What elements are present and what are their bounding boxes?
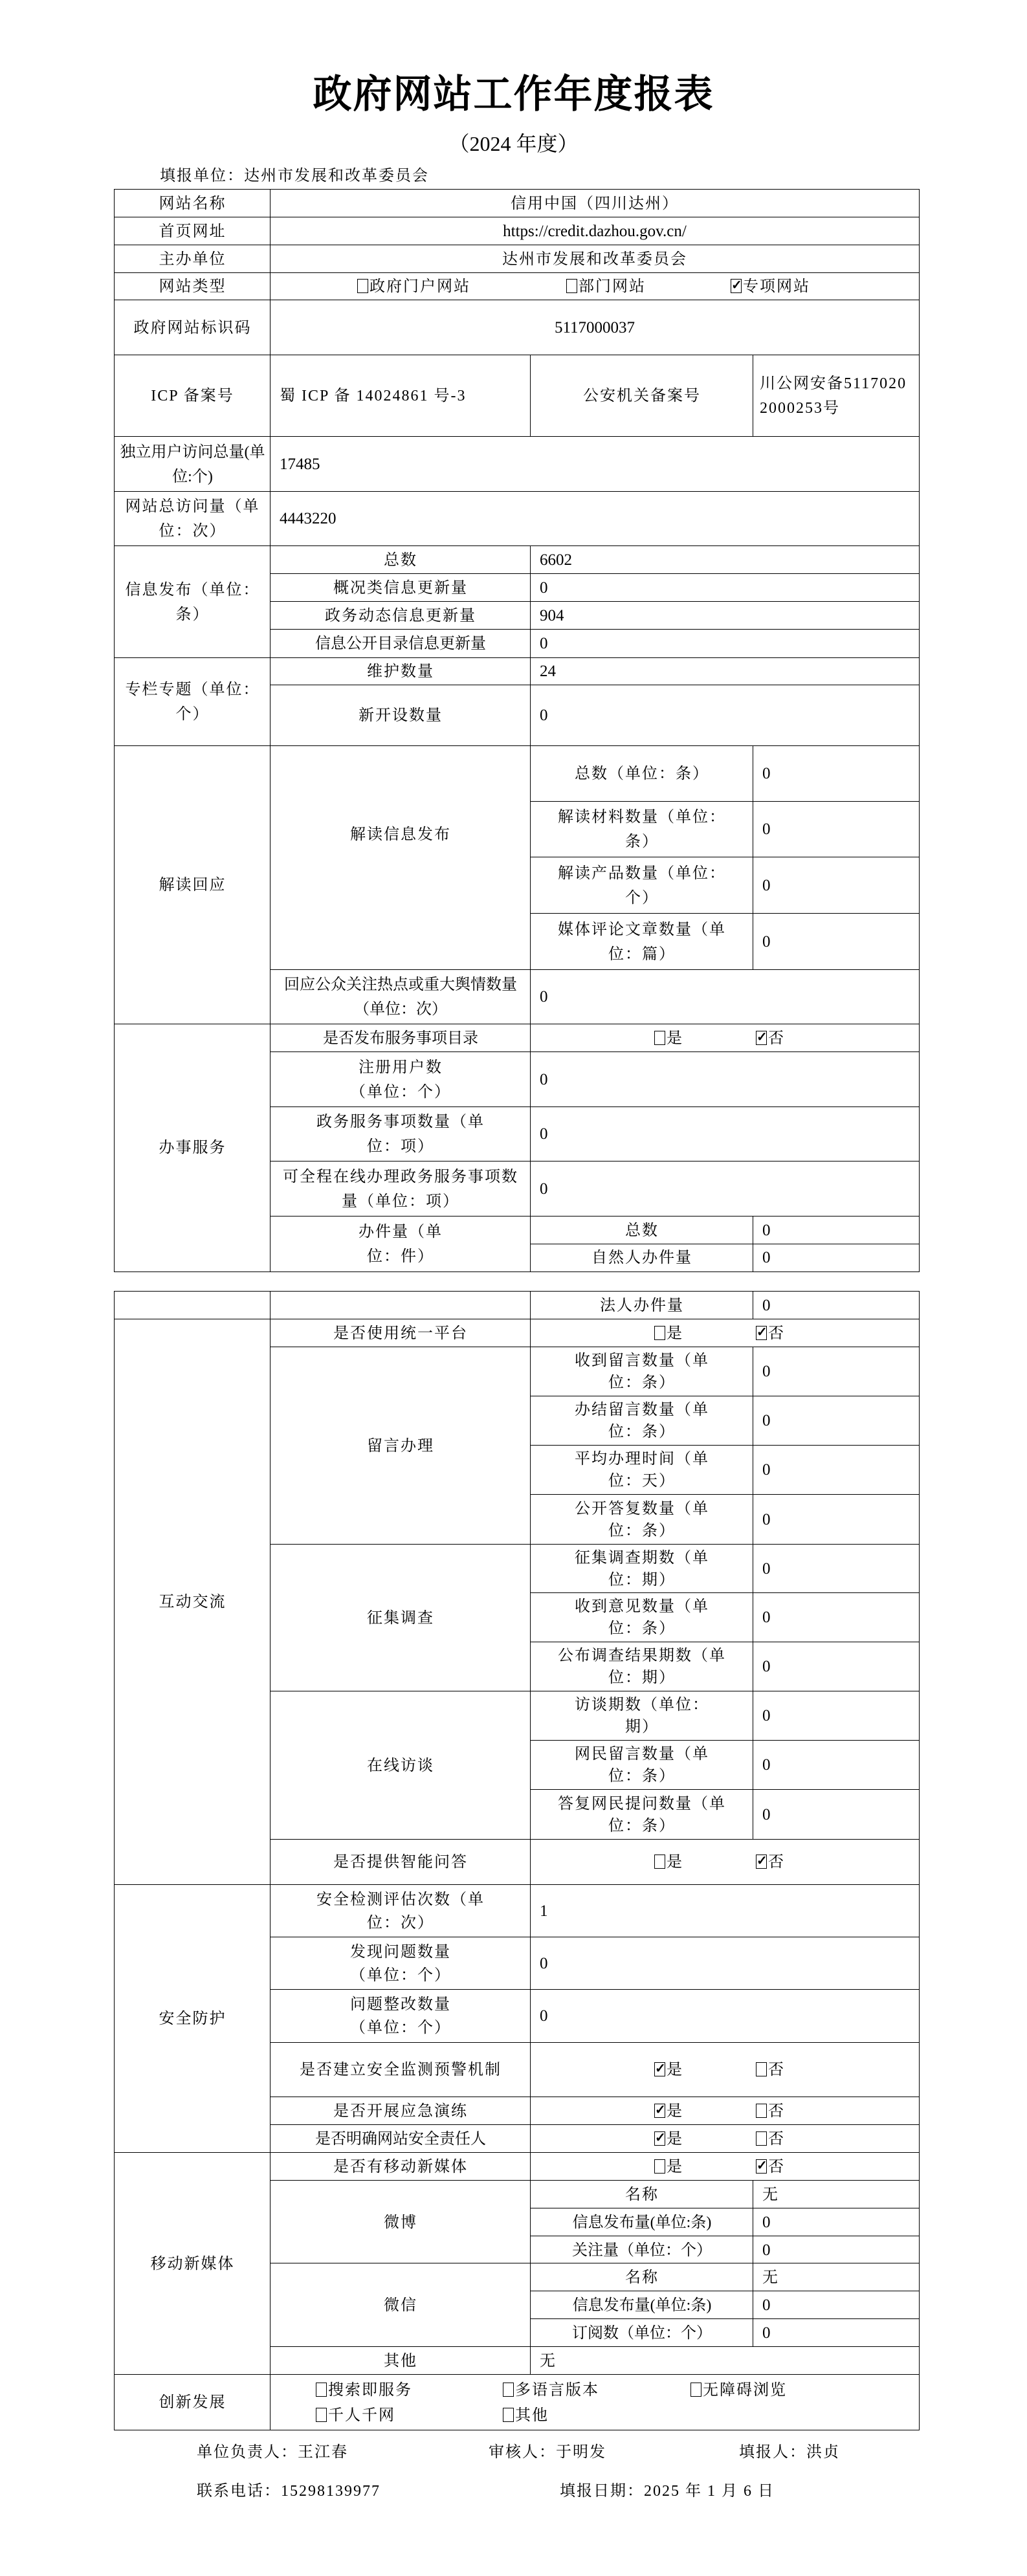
interaction-unified-no[interactable]: 否 — [756, 1321, 785, 1346]
services-items-label: 政务服务事项数量（单位：项） — [270, 1106, 531, 1162]
info-publish-row-label: 总数 — [270, 545, 531, 575]
interaction-survey-row-label: 收到意见数量（单位：条） — [530, 1592, 754, 1643]
services-catalog-yes[interactable]: 是 — [654, 1026, 683, 1051]
value-text: 0 — [762, 1655, 771, 1679]
checkbox-checked-icon[interactable] — [654, 2131, 665, 2146]
interaction-qa-yes[interactable]: 是 — [654, 1850, 683, 1875]
interaction-qa-no[interactable]: 否 — [756, 1850, 785, 1875]
label-text: 订阅数（单位：个） — [572, 2321, 712, 2346]
option-label: 其他 — [515, 2407, 549, 2424]
homepage-value[interactable]: https://credit.dazhou.gov.cn/ — [270, 217, 920, 246]
info-publish-row-label: 信息公开目录信息更新量 — [270, 629, 531, 659]
security-row-value: 0 — [530, 1989, 920, 2043]
security-row-label: 发现问题数量（单位：个） — [270, 1937, 531, 1990]
value-text: 0 — [762, 1704, 771, 1728]
innovation-option-other[interactable]: 其他 — [503, 2403, 549, 2428]
checkbox-checked-icon[interactable] — [756, 1031, 767, 1045]
value-text: 0 — [762, 1508, 771, 1532]
value-text: 0 — [762, 2321, 771, 2346]
checkbox-checked-icon[interactable] — [654, 2062, 665, 2076]
label-text: 是否开展应急演练 — [333, 2099, 468, 2124]
interpretation-row-label: 媒体评论文章数量（单位：篇） — [530, 913, 754, 971]
empty-cell — [270, 1291, 531, 1320]
value-text: 0 — [540, 576, 548, 600]
value-text: 6602 — [540, 548, 572, 573]
value-text: 4443220 — [280, 507, 337, 531]
label-text: 收到留言数量（单位：条） — [569, 1350, 714, 1394]
checkbox-unchecked-icon[interactable] — [756, 2131, 767, 2146]
security-row-label: 问题整改数量（单位：个） — [270, 1989, 531, 2043]
label-text: 信息发布（单位：条） — [118, 578, 267, 627]
interaction-survey-row-value: 0 — [753, 1592, 920, 1643]
label-text: 自然人办件量 — [591, 1246, 692, 1270]
total-visits-label: 网站总访问量（单位：次） — [114, 491, 271, 547]
mobile-has-no[interactable]: 否 — [756, 2155, 785, 2179]
checkbox-unchecked-icon[interactable] — [756, 2104, 767, 2118]
value-text: 0 — [762, 1218, 771, 1243]
label-text: 公开答复数量（单位：条） — [569, 1498, 714, 1542]
services-label: 办事服务 — [114, 1024, 271, 1272]
option-label: 否 — [768, 2159, 785, 2175]
services-handled-row-value: 0 — [753, 1244, 920, 1272]
option-label: 专项网站 — [743, 278, 810, 295]
option-label: 是 — [667, 1325, 683, 1342]
label-text: 发现问题数量（单位：个） — [335, 1941, 466, 1987]
innovation-option-multilingual[interactable]: 多语言版本 — [503, 2378, 599, 2403]
mobile-has-yes[interactable]: 是 — [654, 2155, 683, 2179]
mobile-wechat-row-value: 0 — [753, 2318, 920, 2348]
mobile-wechat-row-label: 信息发布量(单位:条) — [530, 2291, 754, 2320]
services-handled-row-value: 0 — [753, 1291, 920, 1320]
empty-cell — [114, 1291, 271, 1320]
value-text: 0 — [762, 1409, 771, 1433]
info-publish-row-value: 904 — [530, 601, 920, 630]
homepage-label: 首页网址 — [114, 217, 271, 246]
label-text: 网站总访问量（单位：次） — [118, 494, 267, 544]
option-label: 否 — [768, 1854, 785, 1871]
label-text: 解读材料数量（单位：条） — [557, 805, 727, 854]
value-text: 0 — [762, 1753, 771, 1778]
interaction-message-row-value: 0 — [753, 1347, 920, 1397]
icp-label: ICP 备案号 — [114, 355, 271, 437]
checkbox-checked-icon[interactable] — [654, 2104, 665, 2118]
security-row-value: 0 — [530, 1937, 920, 1990]
checkbox-checked-icon[interactable] — [731, 279, 742, 293]
mobile-wechat-row-value: 无 — [753, 2263, 920, 2292]
footer-filler: 填报人：洪贞 — [739, 2442, 840, 2463]
option-label: 是 — [667, 1854, 683, 1871]
site-type-options: 政府门户网站 部门网站 专项网站 — [270, 272, 920, 301]
interaction-survey-row-label: 公布调查结果期数（单位：期） — [530, 1642, 754, 1692]
value-text: 0 — [762, 2293, 771, 2318]
label-text: 媒体评论文章数量（单位：篇） — [545, 918, 739, 967]
security-label: 安全防护 — [114, 1884, 271, 2153]
interaction-survey-label: 征集调查 — [270, 1544, 531, 1692]
checkbox-unchecked-icon[interactable] — [756, 2062, 767, 2076]
value-text: 5117000037 — [555, 316, 635, 340]
security-monitoring-yes[interactable]: 是 — [654, 2058, 683, 2082]
option-label: 是 — [667, 1030, 683, 1047]
value-text: 0 — [762, 1458, 771, 1482]
label-text: 概况类信息更新量 — [333, 576, 468, 600]
info-publish-row-value: 6602 — [530, 545, 920, 575]
services-catalog-no[interactable]: 否 — [756, 1026, 785, 1051]
sponsor-label: 主办单位 — [114, 245, 271, 274]
mobile-weibo-row-label: 名称 — [530, 2180, 754, 2209]
value-text: 信用中国（四川达州） — [511, 192, 679, 216]
interaction-qa-label: 是否提供智能问答 — [270, 1839, 531, 1886]
footer-phone: 联系电话：15298139977 — [197, 2481, 381, 2502]
label-text: 安全防护 — [159, 2007, 226, 2031]
label-text: 首页网址 — [159, 219, 226, 244]
value-text: 0 — [762, 2210, 771, 2235]
option-label: 是 — [667, 2103, 683, 2120]
value-text: 0 — [540, 1952, 548, 1976]
mobile-has-options: 是 否 — [530, 2152, 920, 2181]
interaction-survey-row-label: 征集调查期数（单位：期） — [530, 1544, 754, 1594]
columns-label: 专栏专题（单位：个） — [114, 657, 271, 747]
label-text: 专栏专题（单位：个） — [118, 677, 267, 727]
security-owner-no[interactable]: 否 — [756, 2127, 785, 2152]
checkbox-unchecked-icon[interactable] — [654, 1855, 665, 1869]
security-check-label: 是否建立安全监测预警机制 — [270, 2042, 531, 2098]
value-text: 无 — [762, 2265, 779, 2290]
value-text: 0 — [540, 985, 548, 1009]
services-handled-row-label: 法人办件量 — [530, 1291, 754, 1320]
option-label: 是 — [667, 2159, 683, 2175]
label-text: 网站名称 — [159, 192, 226, 216]
interpretation-response-label: 回应公众关注热点或重大舆情数量（单位：次） — [270, 969, 531, 1025]
option-label: 搜索即服务 — [328, 2382, 412, 2399]
interaction-message-row-value: 0 — [753, 1445, 920, 1495]
id-code-value: 5117000037 — [270, 300, 920, 356]
checkbox-checked-icon[interactable] — [756, 2159, 767, 2174]
label-text: 是否提供智能问答 — [333, 1850, 468, 1875]
security-monitoring-no[interactable]: 否 — [756, 2058, 785, 2082]
option-label: 是 — [667, 2062, 683, 2078]
label-text: 其他 — [384, 2349, 417, 2373]
checkbox-unchecked-icon[interactable] — [357, 279, 368, 293]
site-type-option-department[interactable]: 部门网站 — [566, 274, 646, 299]
label-text: 回应公众关注热点或重大舆情数量（单位：次） — [278, 973, 523, 1022]
label-text: 收到意见数量（单位：条） — [569, 1596, 714, 1640]
label-text: 网民留言数量（单位：条） — [569, 1743, 714, 1787]
interaction-survey-row-value: 0 — [753, 1544, 920, 1594]
value-text: 无 — [540, 2349, 557, 2373]
checkbox-unchecked-icon[interactable] — [316, 2408, 327, 2422]
interaction-unified-label: 是否使用统一平台 — [270, 1319, 531, 1348]
unique-visitors-label: 独立用户访问总量(单位:个) — [114, 436, 271, 492]
info-publish-row-value: 0 — [530, 629, 920, 659]
option-label: 是 — [667, 2131, 683, 2148]
label-text: 是否明确网站安全责任人 — [315, 2127, 486, 2152]
value-text: 0 — [540, 1068, 548, 1092]
mobile-label: 移动新媒体 — [114, 2152, 271, 2375]
checkbox-checked-icon[interactable] — [756, 1326, 767, 1340]
value-text: 0 — [762, 874, 771, 898]
label-text: 微博 — [384, 2210, 417, 2235]
id-code-label: 政府网站标识码 — [114, 300, 271, 356]
services-items-value: 0 — [530, 1106, 920, 1162]
value-text: 0 — [762, 1605, 771, 1630]
mobile-wechat-row-label: 名称 — [530, 2263, 754, 2292]
label-text: 办件量（单位：件） — [348, 1220, 453, 1269]
info-publish-row-label: 政务动态信息更新量 — [270, 601, 531, 630]
interpretation-row-value: 0 — [753, 745, 920, 802]
security-check-options: 是 否 — [530, 2124, 920, 2153]
label-text: 解读信息发布 — [350, 822, 451, 847]
option-label: 否 — [768, 1030, 785, 1047]
interaction-survey-row-value: 0 — [753, 1642, 920, 1692]
interaction-message-row-value: 0 — [753, 1396, 920, 1446]
label-text: 总数 — [384, 548, 417, 573]
interaction-messages-label: 留言办理 — [270, 1347, 531, 1545]
label-text: 总数（单位：条） — [575, 762, 709, 786]
interaction-message-row-label: 公开答复数量（单位：条） — [530, 1494, 754, 1545]
interaction-interview-label: 在线访谈 — [270, 1691, 531, 1840]
label-text: 答复网民提问数量（单位：条） — [545, 1793, 739, 1837]
option-label: 政府门户网站 — [370, 278, 470, 295]
label-text: 公安机关备案号 — [583, 384, 701, 408]
value-text: 0 — [540, 1122, 548, 1147]
label-text: 名称 — [625, 2183, 659, 2207]
services-registered-value: 0 — [530, 1051, 920, 1108]
checkbox-unchecked-icon[interactable] — [690, 2383, 701, 2397]
security-drill-yes[interactable]: 是 — [654, 2099, 683, 2124]
option-label: 部门网站 — [579, 278, 646, 295]
security-row-label: 安全检测评估次数（单位：次） — [270, 1884, 531, 1938]
info-publish-row-label: 概况类信息更新量 — [270, 573, 531, 602]
value-text: 蜀 ICP 备 14024861 号-3 — [280, 384, 466, 408]
label-text: 访谈期数（单位：期） — [569, 1694, 714, 1738]
value-text: 17485 — [280, 452, 320, 477]
interpretation-label: 解读回应 — [114, 745, 271, 1025]
option-label: 否 — [768, 2103, 785, 2120]
mobile-weibo-label: 微博 — [270, 2180, 531, 2265]
label-text: 是否使用统一平台 — [333, 1321, 468, 1346]
police-record-value: 川公网安备51170202000253号 — [753, 355, 920, 437]
interaction-message-row-label: 办结留言数量（单位：条） — [530, 1396, 754, 1446]
interaction-interview-row-value: 0 — [753, 1740, 920, 1790]
mobile-weibo-row-value: 0 — [753, 2236, 920, 2265]
security-check-options: 是 否 — [530, 2097, 920, 2126]
value-text: 达州市发展和改革委员会 — [502, 247, 687, 272]
mobile-wechat-row-value: 0 — [753, 2291, 920, 2320]
services-catalog-label: 是否发布服务事项目录 — [270, 1024, 531, 1053]
mobile-weibo-row-label: 关注量（单位：个） — [530, 2236, 754, 2265]
services-online-value: 0 — [530, 1161, 920, 1217]
security-drill-no[interactable]: 否 — [756, 2099, 785, 2124]
label-text: 信息发布量(单位:条) — [573, 2210, 712, 2235]
mobile-weibo-row-value: 0 — [753, 2208, 920, 2237]
label-text: 是否发布服务事项目录 — [323, 1026, 478, 1051]
label-text: 独立用户访问总量(单位:个) — [118, 440, 267, 489]
label-text: 征集调查期数（单位：期） — [569, 1547, 714, 1591]
checkbox-unchecked-icon[interactable] — [654, 1031, 665, 1045]
label-text: 解读回应 — [159, 873, 226, 897]
label-text: 政务服务事项数量（单位：项） — [309, 1110, 492, 1159]
label-text: 办事服务 — [159, 1136, 226, 1160]
info-publish-row-value: 0 — [530, 573, 920, 602]
label-text: 安全检测评估次数（单位：次） — [309, 1888, 492, 1935]
mobile-other-label: 其他 — [270, 2346, 531, 2375]
value-text: 0 — [762, 762, 771, 786]
option-label: 否 — [768, 2062, 785, 2078]
value-text: 0 — [540, 2004, 548, 2029]
label-text: 信息公开目录信息更新量 — [315, 632, 486, 656]
checkbox-unchecked-icon[interactable] — [503, 2408, 514, 2422]
value-text: 0 — [540, 1177, 548, 1202]
label-text: 在线访谈 — [367, 1754, 434, 1778]
site-type-option-special[interactable]: 专项网站 — [731, 274, 810, 299]
label-text: 政府网站标识码 — [134, 316, 252, 340]
checkbox-unchecked-icon[interactable] — [503, 2383, 514, 2397]
interpretation-response-value: 0 — [530, 969, 920, 1025]
info-publish-label: 信息发布（单位：条） — [114, 545, 271, 659]
checkbox-unchecked-icon[interactable] — [654, 2159, 665, 2174]
label-text: 新开设数量 — [359, 703, 443, 728]
label-text: 公布调查结果期数（单位：期） — [545, 1645, 739, 1689]
value-text: 无 — [762, 2183, 779, 2207]
value-text: 川公网安备51170202000253号 — [760, 371, 915, 421]
interpretation-row-label: 解读产品数量（单位：个） — [530, 857, 754, 914]
interpretation-row-label: 总数（单位：条） — [530, 745, 754, 802]
value-text: 0 — [540, 632, 548, 656]
checkbox-unchecked-icon[interactable] — [654, 1326, 665, 1340]
services-online-label: 可全程在线办理政务服务事项数量（单位：项） — [270, 1161, 531, 1217]
report-year: （2024 年度） — [0, 128, 1027, 159]
value-text: 0 — [762, 1294, 771, 1318]
security-check-label: 是否开展应急演练 — [270, 2097, 531, 2126]
footer-head: 单位负责人：王江春 — [197, 2442, 348, 2463]
label-text: 解读产品数量（单位：个） — [557, 861, 727, 910]
mobile-has-label: 是否有移动新媒体 — [270, 2152, 531, 2181]
security-owner-yes[interactable]: 是 — [654, 2127, 683, 2152]
footer-date: 填报日期：2025 年 1 月 6 日 — [560, 2481, 775, 2502]
value-text: 0 — [762, 817, 771, 842]
interaction-interview-row-label: 答复网民提问数量（单位：条） — [530, 1789, 754, 1840]
services-handled-row-label: 总数 — [530, 1216, 754, 1245]
label-text: 平均办理时间（单位：天） — [569, 1448, 714, 1492]
checkbox-unchecked-icon[interactable] — [316, 2383, 327, 2397]
label-text: 互动交流 — [159, 1590, 226, 1614]
value-text: 0 — [762, 1360, 771, 1384]
option-label: 否 — [768, 1325, 785, 1342]
services-registered-label: 注册用户数（单位：个） — [270, 1051, 531, 1108]
columns-row-value: 0 — [530, 685, 920, 747]
interaction-qa-options: 是 否 — [530, 1839, 920, 1886]
interaction-unified-options: 是 否 — [530, 1319, 920, 1348]
checkbox-unchecked-icon[interactable] — [566, 279, 577, 293]
label-text: 可全程在线办理政务服务事项数量（单位：项） — [282, 1165, 519, 1214]
mobile-weibo-row-label: 信息发布量(单位:条) — [530, 2208, 754, 2237]
value-text: 0 — [540, 703, 548, 728]
security-check-options: 是 否 — [530, 2042, 920, 2098]
police-record-label: 公安机关备案号 — [530, 355, 754, 437]
label-text: 信息发布量(单位:条) — [573, 2293, 712, 2318]
label-text: 留言办理 — [367, 1434, 434, 1459]
label-text: 移动新媒体 — [151, 2252, 235, 2276]
homepage-link[interactable]: https://credit.dazhou.gov.cn/ — [503, 219, 687, 244]
columns-row-label: 维护数量 — [270, 657, 531, 686]
interaction-interview-row-label: 网民留言数量（单位：条） — [530, 1740, 754, 1790]
interaction-unified-yes[interactable]: 是 — [654, 1321, 683, 1346]
innovation-options: 搜索即服务 多语言版本 无障碍浏览 千人千网 其他 — [270, 2374, 920, 2430]
reporting-unit: 填报单位：达州市发展和改革委员会 — [160, 166, 429, 186]
innovation-option-search[interactable]: 搜索即服务 — [316, 2378, 412, 2403]
innovation-label: 创新发展 — [114, 2374, 271, 2430]
site-type-label: 网站类型 — [114, 272, 271, 301]
services-handled-row-value: 0 — [753, 1216, 920, 1245]
interaction-interview-row-label: 访谈期数（单位：期） — [530, 1691, 754, 1741]
icp-value: 蜀 ICP 备 14024861 号-3 — [270, 355, 531, 437]
sponsor-value: 达州市发展和改革委员会 — [270, 245, 920, 274]
services-handled-row-label: 自然人办件量 — [530, 1244, 754, 1272]
services-catalog-options: 是 否 — [530, 1024, 920, 1053]
label-text: 问题整改数量（单位：个） — [335, 1993, 466, 2040]
option-label: 千人千网 — [328, 2407, 395, 2424]
label-text: 名称 — [625, 2265, 659, 2290]
label-text: 政务动态信息更新量 — [325, 604, 476, 628]
label-text: 主办单位 — [159, 247, 226, 272]
mobile-wechat-label: 微信 — [270, 2263, 531, 2348]
site-name-value: 信用中国（四川达州） — [270, 189, 920, 218]
label-text: 总数 — [625, 1218, 659, 1243]
mobile-wechat-row-label: 订阅数（单位：个） — [530, 2318, 754, 2348]
label-text: 创新发展 — [159, 2390, 226, 2415]
interaction-message-row-label: 平均办理时间（单位：天） — [530, 1445, 754, 1495]
total-visits-value: 4443220 — [270, 491, 920, 547]
innovation-option-accessibility[interactable]: 无障碍浏览 — [690, 2378, 787, 2403]
label-text: 微信 — [384, 2293, 417, 2318]
value-text: 1 — [540, 1899, 548, 1924]
interpretation-row-value: 0 — [753, 857, 920, 914]
site-name-label: 网站名称 — [114, 189, 271, 218]
label-text: 是否有移动新媒体 — [333, 2155, 468, 2179]
security-check-label: 是否明确网站安全责任人 — [270, 2124, 531, 2153]
option-label: 否 — [768, 2131, 785, 2148]
interaction-message-row-value: 0 — [753, 1494, 920, 1545]
label-text: 网站类型 — [159, 274, 226, 299]
interaction-interview-row-value: 0 — [753, 1789, 920, 1840]
interpretation-row-value: 0 — [753, 801, 920, 858]
label-text: 关注量（单位：个） — [572, 2238, 712, 2263]
columns-row-value: 24 — [530, 657, 920, 686]
label-text: 办结留言数量（单位：条） — [569, 1399, 714, 1443]
mobile-weibo-row-value: 无 — [753, 2180, 920, 2209]
site-type-option-portal[interactable]: 政府门户网站 — [357, 274, 470, 299]
interpretation-row-label: 解读材料数量（单位：条） — [530, 801, 754, 858]
interpretation-publish-label: 解读信息发布 — [270, 745, 531, 971]
value-text: 24 — [540, 659, 556, 684]
interaction-label: 互动交流 — [114, 1319, 271, 1886]
value-text: 0 — [762, 1803, 771, 1827]
footer-reviewer: 审核人：于明发 — [489, 2442, 606, 2463]
unique-visitors-value: 17485 — [270, 436, 920, 492]
interpretation-row-value: 0 — [753, 913, 920, 971]
page-title: 政府网站工作年度报表 — [0, 70, 1027, 119]
value-text: 0 — [762, 1246, 771, 1270]
interaction-interview-row-value: 0 — [753, 1691, 920, 1741]
innovation-option-personalized[interactable]: 千人千网 — [316, 2403, 395, 2428]
option-label: 无障碍浏览 — [703, 2382, 787, 2399]
option-label: 多语言版本 — [515, 2382, 599, 2399]
columns-row-label: 新开设数量 — [270, 685, 531, 747]
value-text: 0 — [762, 2238, 771, 2263]
label-text: 维护数量 — [367, 659, 434, 684]
value-text: 0 — [762, 930, 771, 954]
checkbox-checked-icon[interactable] — [756, 1855, 767, 1869]
